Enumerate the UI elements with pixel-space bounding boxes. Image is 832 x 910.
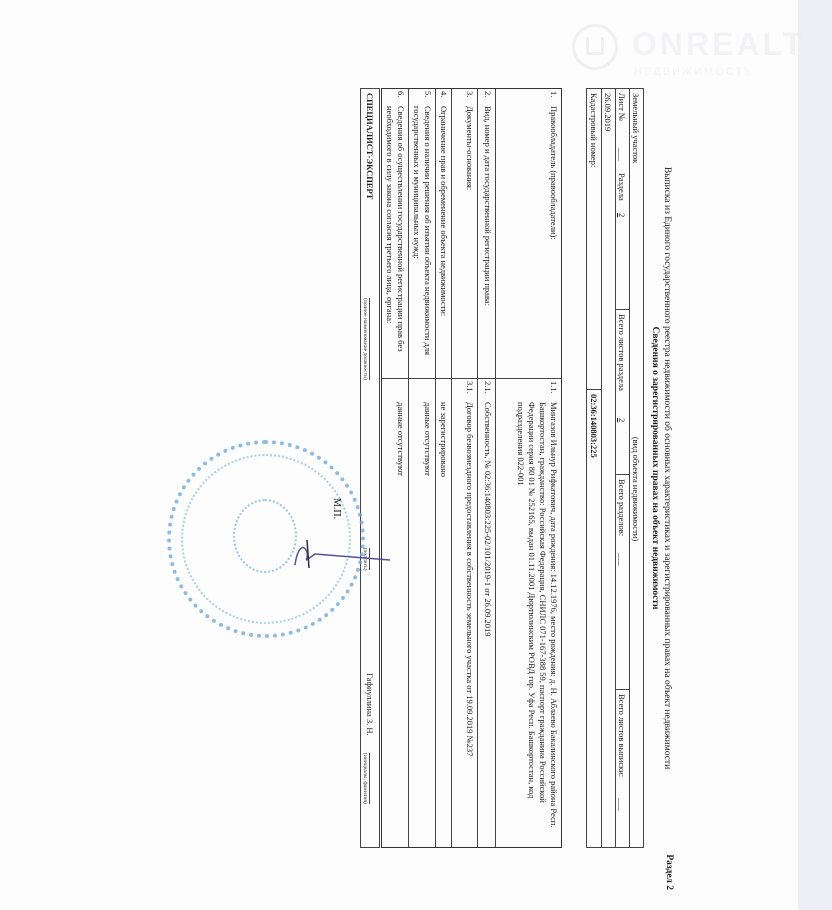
row-subnumber [409, 379, 435, 399]
rights-table: 1. Правообладатель (правообладатели): 1.… [381, 88, 562, 848]
row-number: 5. [409, 89, 435, 103]
table-row: 6. Сведения об осуществлении государстве… [382, 89, 408, 847]
row-label: Правообладатель (правообладатели): [496, 103, 561, 379]
total-extract-sheets-label: Всего листов выписки: [616, 689, 629, 794]
document-page: Раздел 2 Выписка из Единого государствен… [295, 88, 680, 878]
row-number: 6. [382, 89, 408, 103]
row-subnumber: 2.1. [478, 379, 495, 399]
row-label: Документы-основания: [452, 103, 477, 379]
row-subnumber: 1.1. [496, 379, 561, 399]
total-sections-value: ___ [616, 549, 629, 689]
table-row: 2. Вид, номер и дата государственной рег… [477, 89, 495, 847]
row-value: Собственность, № 02:36:140803:225-02/101… [478, 399, 495, 847]
side-strip [798, 0, 832, 910]
total-extract-sheets-value: ___ [616, 794, 629, 815]
row-value: Мингазов Ильнур Рифкатович, дата рождени… [496, 399, 561, 847]
row-number: 4. [436, 89, 451, 103]
table-row: 3. Документы-основания: 3.1. Договор без… [451, 89, 477, 847]
sheet-label: Лист № [616, 89, 629, 144]
position-caption: (полное наименование должности) [362, 298, 370, 380]
signature-icon [285, 530, 395, 570]
row-subnumber [436, 379, 451, 399]
watermark-tagline: НЕДВИЖИМОСТЬ [634, 66, 753, 78]
document-title: Выписка из Единого государственного реес… [662, 88, 672, 848]
row-subnumber [382, 379, 408, 399]
document-subtitle: Сведения о зарегистрированных правах на … [650, 88, 660, 848]
row-value: Договор безвозмездного предоставления в … [452, 399, 477, 847]
object-type-row: Земельный участок (вид объекта недвижимо… [629, 89, 643, 847]
object-type-caption: (вид объекта недвижимости) [630, 389, 643, 589]
cadastral-number: 02:36:140803:225 [587, 389, 601, 462]
cadastral-row: Кадастровый номер: 02:36:140803:225 [587, 89, 601, 847]
table-row: 4. Ограничение прав и обременение объект… [435, 89, 451, 847]
row-label: Сведения об осуществлении государственно… [382, 103, 408, 379]
section-value: 2 [616, 209, 629, 309]
row-subnumber: 3.1. [452, 379, 477, 399]
row-number: 3. [452, 89, 477, 103]
house-logo-icon [572, 24, 618, 70]
watermark: ONREALT НЕДВИЖИМОСТЬ [572, 22, 802, 82]
row-value: данные отсутствуют [409, 399, 435, 847]
row-value: данные отсутствуют [382, 399, 408, 847]
section-mark: Раздел 2 [664, 854, 674, 890]
table-row: 1. Правообладатель (правообладатели): 1.… [495, 89, 561, 847]
document-date: 26.09.2019 [602, 89, 615, 135]
signature-row: СПЕЦИАЛИСТ-ЭКСПЕРТ (полное наименование … [360, 88, 380, 848]
row-value: не зарегистрировано [436, 399, 451, 847]
header-table: Земельный участок (вид объекта недвижимо… [586, 88, 644, 848]
row-label: Ограничение прав и обременение объекта н… [436, 103, 451, 379]
table-row: 5. Сведения о наличии решения об изъятии… [408, 89, 435, 847]
total-sections-label: Всего разделов: [616, 474, 629, 549]
cadastral-label: Кадастровый номер: [587, 89, 601, 389]
total-section-sheets-label: Всего листов раздела [616, 309, 629, 414]
row-label: Вид, номер и дата государственной регист… [478, 103, 495, 379]
row-number: 1. [496, 89, 561, 103]
row-number: 2. [478, 89, 495, 103]
name-caption: (инициалы, фамилия) [362, 753, 370, 804]
signer-name: Гафиуллина З. Н. [361, 669, 379, 749]
signer-position: СПЕЦИАЛИСТ-ЭКСПЕРТ [361, 89, 379, 229]
watermark-brand: ONREALT [632, 26, 805, 63]
section-label: Раздела [616, 169, 629, 209]
sheet-value: ___ [616, 144, 629, 169]
row-label: Сведения о наличии решения об изъятии об… [409, 103, 435, 379]
object-type: Земельный участок [630, 89, 643, 389]
total-section-sheets-value: 2 [616, 414, 629, 474]
sheet-row: Лист № ___ Раздела 2 Всего листов раздел… [615, 89, 629, 847]
date-row: 26.09.2019 [601, 89, 615, 847]
